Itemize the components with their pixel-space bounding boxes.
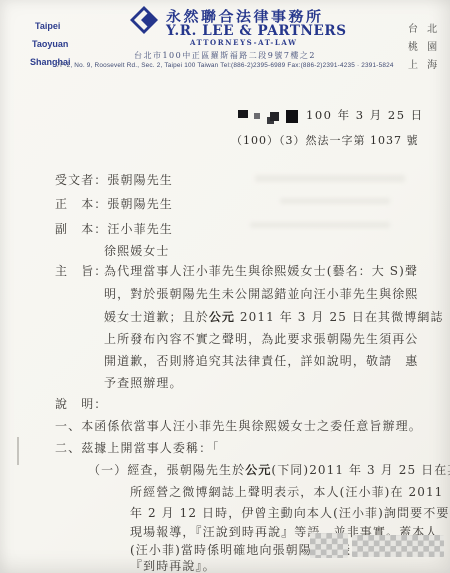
explanation-sub1-line-1: （一）經查，張朝陽先生於公元(下同)2011 年 3 月 25 日在其 (88, 461, 450, 478)
mosaic-censor-block (352, 535, 444, 557)
subject-line-2: 明，對於張朝陽先生未公開認錯並向汪小菲先生與徐熙 (104, 285, 418, 302)
office-label-taoyuan-zh: 桃 園 (408, 38, 440, 53)
explanation-item-2: 二、茲據上開當事人委稱：「 (55, 439, 219, 456)
firm-address-english: 7F-2, No. 9, Roosevelt Rd., Sec. 2, Taip… (30, 62, 420, 69)
cc-name-1: 汪小菲先生 (107, 222, 173, 236)
explanation-sub1-line-6: 『到時再說』。 (130, 557, 216, 573)
original-label: 正 本： (55, 197, 107, 211)
firm-tagline: ATTORNEYS-AT-LAW (190, 38, 298, 47)
office-label-taipei-en: Taipei (35, 21, 60, 31)
sub1-bold: 公元 (245, 463, 271, 477)
redaction-block (270, 112, 279, 121)
recipient-to-name: 張朝陽先生 (107, 173, 173, 187)
cc-label: 副 本： (55, 222, 107, 236)
sub1-post: 2011 年 3 月 25 日在其 (309, 463, 450, 477)
firm-address-chinese: 台北市100中正區羅斯福路二段9號7樓之2 (110, 50, 340, 61)
subject-line-3-bold: 公元 (209, 310, 235, 324)
redaction-block (238, 110, 248, 118)
redaction-block (286, 110, 298, 123)
bleed-through-artifact (255, 175, 405, 182)
scan-scratch-artifact (17, 437, 19, 465)
cc-row: 副 本：汪小菲先生 (55, 220, 173, 237)
sub1-pre: 經查，張朝陽先生於 (127, 463, 245, 477)
recipient-to-label: 受文者： (55, 173, 107, 187)
subject-line-3: 媛女士道歉；且於公元 2011 年 3 月 25 日在其微博網誌 (104, 308, 444, 325)
explanation-item-1: 一、本函係依當事人汪小菲先生與徐熙媛女士之委任意旨辦理。 (55, 417, 422, 434)
sub1-number: （一） (88, 463, 127, 477)
subject-line-6: 予查照辦理。 (104, 374, 183, 391)
bleed-through-artifact (280, 198, 390, 204)
recipient-row: 受文者：張朝陽先生 (55, 171, 173, 188)
letter-date: 100 年 3 月 25 日 (306, 108, 424, 122)
bleed-through-artifact (250, 222, 390, 228)
redaction-block (254, 113, 260, 119)
office-label-taoyuan-en: Taoyuan (32, 39, 68, 49)
explanation-label: 說 明： (55, 395, 107, 412)
firm-logo-icon (130, 6, 158, 34)
cc-name-2: 徐熙媛女士 (104, 242, 170, 259)
explanation-sub1-line-2: 所經營之微博網誌上聲明表示，本人(汪小菲)在 2011 (130, 483, 443, 500)
subject-label: 主 旨： (55, 262, 107, 279)
document-number: （100）（3）然法一字第 1037 號 (231, 132, 418, 148)
sub1-paren: (下同) (271, 463, 309, 477)
mosaic-censor-block (310, 533, 348, 558)
scanned-legal-letter: Taipei Taoyuan Shanghai 永然聯合法律事務所 Y.R. L… (0, 0, 450, 573)
explanation-sub1-line-3: 年 2 月 12 日時，伊曾主動向本人(汪小菲)詢問要不要 (130, 504, 449, 521)
date-line: 100 年 3 月 25 日 (238, 107, 424, 123)
firm-name-english: Y.R. LEE & PARTNERS (166, 23, 347, 39)
subject-line-4: 上所發布內容不實之聲明，為此要求張朝陽先生須再公 (104, 330, 418, 347)
office-label-taipei-zh: 台 北 (408, 20, 440, 35)
office-label-shanghai-zh: 上 海 (408, 56, 440, 71)
subject-line-1: 為代理當事人汪小菲先生與徐熙媛女士(藝名：大 S)聲 (104, 262, 418, 279)
subject-line-3-pre: 媛女士道歉；且於 (104, 310, 209, 324)
subject-line-5: 開道歉，否則將追究其法律責任，詳如說明，敬請 惠 (104, 352, 418, 369)
original-name: 張朝陽先生 (107, 197, 173, 211)
subject-line-3-post: 2011 年 3 月 25 日在其微博網誌 (235, 310, 444, 324)
original-copy-row: 正 本：張朝陽先生 (55, 195, 173, 212)
